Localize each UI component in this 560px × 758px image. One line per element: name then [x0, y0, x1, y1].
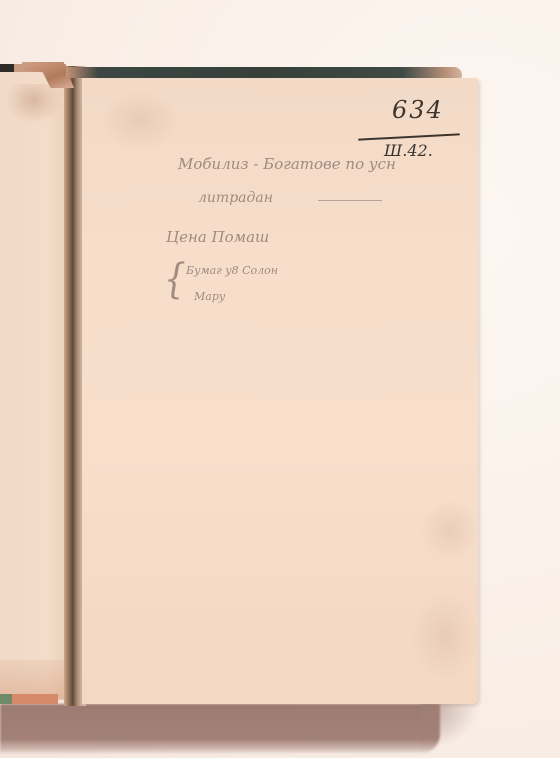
inscription-line-3: Цена Помаш: [166, 228, 269, 246]
left-cover-bottom-edge: [0, 694, 58, 704]
book-lower-shadow: [0, 704, 440, 754]
left-page-stain: [6, 84, 62, 124]
inscription-dash: [318, 200, 382, 201]
brace-mark: {: [164, 256, 186, 304]
call-number: 634: [392, 96, 444, 124]
page-stain: [410, 590, 480, 680]
inscription-line-1: Мобилиз - Богатове по усн: [178, 155, 396, 173]
page-stain: [100, 90, 180, 150]
page-stain: [420, 500, 480, 560]
faint-show-through-title: [190, 345, 370, 363]
left-endpaper: [0, 66, 66, 698]
inscription-line-2: литрадан: [198, 190, 273, 206]
inscription-line-4: Бумаг у8 Солон: [186, 264, 278, 277]
top-cover-board-edge: [66, 67, 462, 78]
inscription-line-5: Мару: [194, 290, 225, 303]
